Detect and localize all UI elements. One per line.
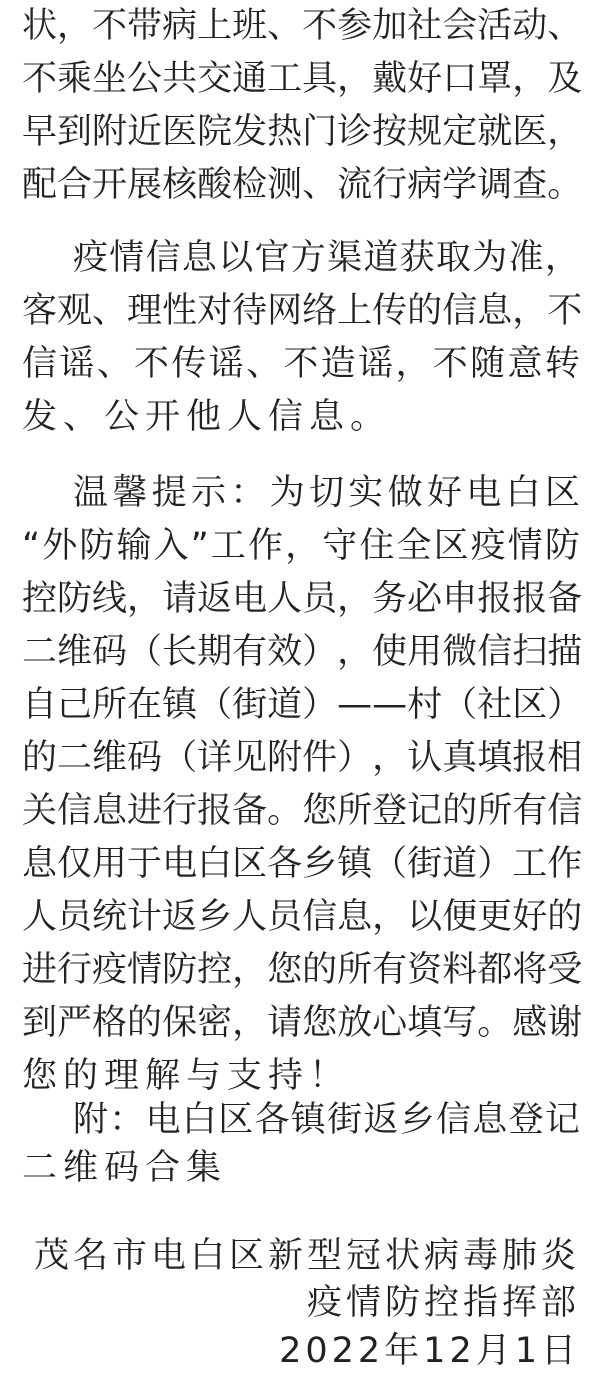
signature-date: 2022年12月1日 bbox=[279, 1329, 580, 1373]
text-line: 温馨提示：为切实做好电白区 bbox=[73, 471, 580, 515]
text-line: 您的理解与支持！ bbox=[22, 1054, 580, 1098]
attachment-line: 二维码合集 bbox=[22, 1146, 580, 1190]
signature-dept: 疫情防控指挥部 bbox=[307, 1281, 580, 1325]
signature-org: 茂名市电白区新型冠状病毒肺炎 bbox=[34, 1234, 580, 1278]
text-line: 状，不带病上班、不参加社会活动、 bbox=[22, 4, 580, 48]
text-line: 关信息进行报备。您所登记的所有信 bbox=[22, 789, 580, 833]
text-line: 人员统计返乡人员信息，以便更好的 bbox=[22, 895, 580, 939]
text-line: 二维码（长期有效），使用微信扫描 bbox=[22, 630, 580, 674]
text-line: 自己所在镇（街道）——村（社区） bbox=[22, 683, 580, 727]
text-line: 疫情信息以官方渠道获取为准， bbox=[73, 236, 580, 280]
text-line: 早到附近医院发热门诊按规定就医， bbox=[22, 110, 580, 154]
attachment-line: 附：电白区各镇街返乡信息登记 bbox=[73, 1098, 580, 1142]
text-line: 发、公开他人信息。 bbox=[22, 395, 580, 439]
text-line: 的二维码（详见附件），认真填报相 bbox=[22, 736, 580, 780]
text-line: 到严格的保密，请您放心填写。感谢 bbox=[22, 1001, 580, 1045]
text-line: 信谣、不传谣、不造谣，不随意转 bbox=[22, 342, 580, 386]
text-line: 息仅用于电白区各乡镇（街道）工作 bbox=[22, 842, 580, 886]
text-line: “外防输入”工作，守住全区疫情防 bbox=[22, 524, 580, 568]
text-line: 进行疫情防控，您的所有资料都将受 bbox=[22, 948, 580, 992]
text-line: 客观、理性对待网络上传的信息，不 bbox=[22, 289, 580, 333]
text-line: 不乘坐公共交通工具，戴好口罩，及 bbox=[22, 57, 580, 101]
text-line: 控防线，请返电人员，务必申报报备 bbox=[22, 577, 580, 621]
text-line: 配合开展核酸检测、流行病学调查。 bbox=[22, 163, 580, 207]
